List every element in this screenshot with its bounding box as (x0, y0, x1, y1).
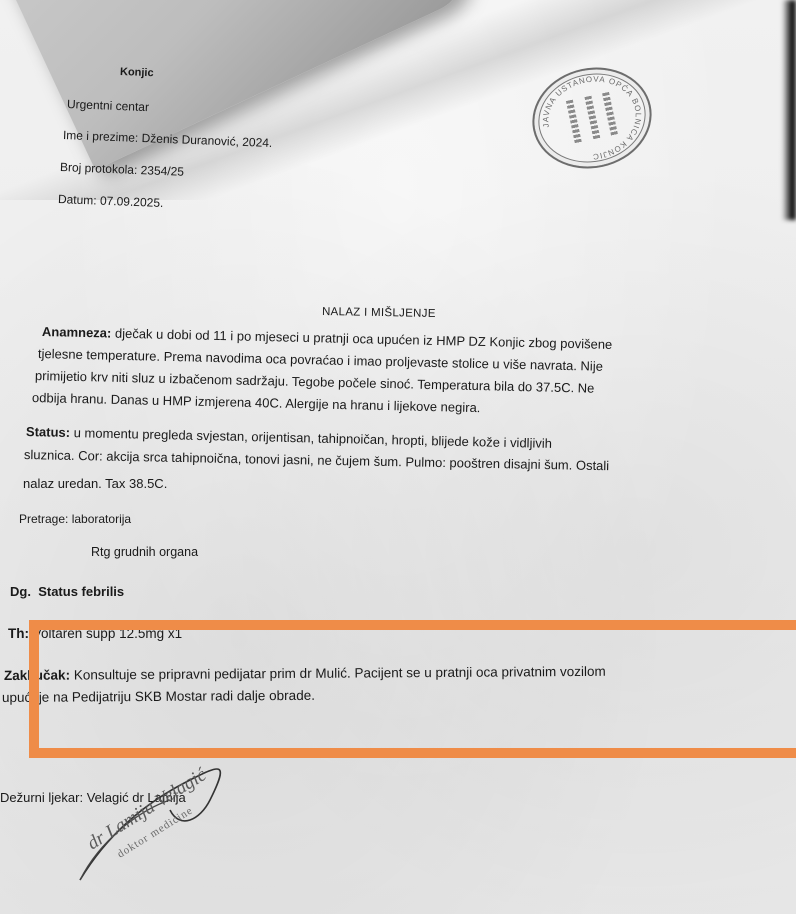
document-title: NALAZ I MIŠLJENJE (322, 306, 436, 320)
pretrage-label: Pretrage: (19, 512, 68, 526)
institution-name: Konjic (120, 66, 154, 79)
status-line-3: nalaz uredan. Tax 38.5C. (23, 476, 167, 491)
protocol-value: 2354/25 (140, 163, 184, 179)
status-label: Status: (26, 424, 70, 440)
pretrage-line-1: Pretrage: laboratorija (19, 512, 131, 526)
stamp-center (566, 92, 618, 144)
diagnosis: Dg. Status febrilis (10, 584, 124, 599)
pretrage-line-2: Rtg grudnih organa (91, 545, 198, 559)
diagnosis-value: Status febrilis (38, 584, 124, 599)
anamneza-label: Anamneza: (42, 324, 112, 341)
protocol-label: Broj protokola: (60, 160, 138, 177)
therapy-label: Th: (8, 626, 29, 641)
date-label: Datum: (58, 192, 97, 207)
page-edge (782, 0, 796, 220)
date-value: 07.09.2025. (100, 194, 164, 210)
highlight-box (29, 620, 796, 758)
diagnosis-label: Dg. (10, 584, 31, 599)
patient-name-label: Ime i prezime: (63, 128, 139, 145)
doctor-signature-stamp: dr Lamija Velagić doktor medicine (70, 740, 270, 895)
